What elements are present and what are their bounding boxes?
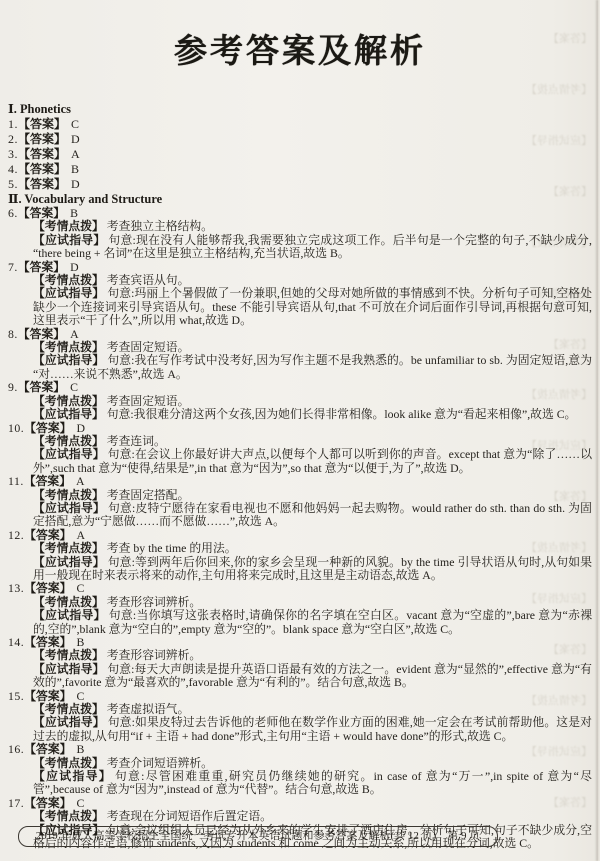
exam-point-label: 【考情点拨】 — [33, 488, 104, 502]
guidance-line: 【应试指导】句意:现在没有人能够帮我,我需要独立完成这项工作。后半句是一个完整的… — [8, 234, 592, 261]
answer-letter: C — [70, 380, 78, 394]
answer-line: 11.【答案】A — [8, 475, 592, 488]
guidance-label: 【应试指导】 — [33, 286, 104, 300]
question-number: 16. — [8, 742, 24, 756]
exam-point-label: 【考情点拨】 — [33, 340, 104, 354]
answer-label: 【答案】 — [18, 147, 66, 161]
guidance-line: 【应试指导】句意:在会议上你最好讲大声点,以便每个人都可以听到你的声音。exce… — [8, 448, 592, 475]
guidance-label: 【应试指导】 — [33, 662, 104, 676]
exam-point-label: 【考情点拨】 — [33, 434, 104, 448]
guidance-label: 【应试指导】 — [33, 608, 106, 622]
exam-point-text: 考查形容词辨析。 — [107, 595, 201, 609]
guidance-label: 【应试指导】 — [33, 501, 105, 515]
exam-point-label: 【考情点拨】 — [33, 541, 104, 555]
question-number: 7. — [8, 260, 18, 274]
question-number: 17. — [8, 796, 24, 810]
answer-letter: D — [71, 132, 80, 146]
answer-line: 2.【答案】D — [8, 132, 592, 147]
exam-point-line: 【考情点拨】考查固定短语。 — [8, 395, 592, 408]
answer-label: 【答案】 — [18, 206, 65, 220]
exam-point-text: 考查固定短语。 — [107, 394, 190, 408]
exam-point-label: 【考情点拨】 — [33, 648, 104, 662]
guidance-line: 【应试指导】句意:尽管困难重重,研究员仍继续她的研究。in case of 意为… — [8, 770, 592, 797]
guidance-line: 【应试指导】句意:等到两年后你回来,你的家乡会呈现一种新的风貌。by the t… — [8, 556, 592, 583]
exam-point-label: 【考情点拨】 — [33, 756, 104, 770]
answer-line: 8.【答案】A — [8, 328, 592, 341]
exam-point-line: 【考情点拨】考查连词。 — [8, 435, 592, 448]
exam-point-text: 考查 by the time 的用法。 — [107, 541, 237, 555]
guidance-label: 【应试指导】 — [33, 407, 104, 421]
exam-point-label: 【考情点拨】 — [33, 273, 104, 287]
answer-letter: C — [76, 581, 84, 595]
question-number: 14. — [8, 635, 24, 649]
exam-point-text: 考查连词。 — [107, 434, 166, 448]
guidance-line: 【应试指导】句意:每天大声朗读是提升英语口语最有效的方法之一。evident 意… — [8, 663, 592, 690]
question-number: 2. — [8, 132, 18, 146]
guidance-line: 【应试指导】句意:皮特宁愿待在家看电视也不愿和他妈妈一起去购物。would ra… — [8, 502, 592, 529]
exam-point-label: 【考情点拨】 — [33, 595, 104, 609]
question-number: 10. — [8, 421, 24, 435]
guidance-line: 【应试指导】句意:如果皮特过去告诉他的老师他在数学作业方面的困难,她一定会在考试… — [8, 716, 592, 743]
answer-letter: A — [76, 474, 85, 488]
exam-point-text: 考查独立主格结构。 — [107, 219, 213, 233]
answer-label: 【答案】 — [24, 796, 71, 810]
guidance-line: 【应试指导】句意:当你填写这张表格时,请确保你的名字填在空白区。vacant 意… — [8, 609, 592, 636]
answer-line: 6.【答案】B — [8, 207, 592, 220]
question-number: 9. — [8, 380, 18, 394]
answer-letter: B — [70, 206, 78, 220]
answer-label: 【答案】 — [18, 327, 65, 341]
footer-text: 2019 年成人高等学校招生全国统一考试专升本英语试题和参考答案及解析(共 12… — [36, 830, 481, 842]
scanned-page: 【答案】【考情点拨】【应试指导】【答案】【考情点拨】【应试指导】【答案】【考情点… — [0, 0, 600, 861]
exam-point-line: 【考情点拨】考查固定搭配。 — [8, 489, 592, 502]
section: Ⅰ. Phonetics1.【答案】C2.【答案】D3.【答案】A4.【答案】B… — [8, 102, 592, 192]
question-block: 5.【答案】D — [8, 177, 592, 192]
guidance-label: 【应试指导】 — [33, 555, 105, 569]
question-block: 13.【答案】C【考情点拨】考查形容词辨析。【应试指导】句意:当你填写这张表格时… — [8, 582, 592, 636]
guidance-text: 句意:等到两年后你回来,你的家乡会呈现一种新的风貌。by the time 引导… — [33, 555, 592, 582]
guidance-label: 【应试指导】 — [33, 447, 105, 461]
answer-letter: D — [71, 177, 80, 191]
question-number: 6. — [8, 206, 18, 220]
guidance-label: 【应试指导】 — [33, 769, 112, 783]
question-block: 9.【答案】C【考情点拨】考查固定短语。【应试指导】句意:我很难分清这两个女孩,… — [8, 381, 592, 421]
answer-letter: C — [76, 796, 84, 810]
guidance-line: 【应试指导】句意:我很难分清这两个女孩,因为她们长得非常相像。look alik… — [8, 408, 592, 421]
answer-label: 【答案】 — [24, 421, 71, 435]
exam-point-label: 【考情点拨】 — [33, 809, 104, 823]
answer-label: 【答案】 — [18, 162, 66, 176]
page-footer: 2019 年成人高等学校招生全国统一考试专升本英语试题和参考答案及解析(共 12… — [18, 826, 498, 847]
answer-letter: D — [70, 260, 79, 274]
exam-point-line: 【考情点拨】考查虚拟语气。 — [8, 703, 592, 716]
question-block: 8.【答案】A【考情点拨】考查固定短语。【应试指导】句意:我在写作考试中没考好,… — [8, 328, 592, 382]
answer-line: 4.【答案】B — [8, 162, 592, 177]
page-title: 参考答案及解析 — [0, 25, 600, 72]
answer-letter: D — [76, 421, 85, 435]
answer-line: 14.【答案】B — [8, 636, 592, 649]
answer-line: 13.【答案】C — [8, 582, 592, 595]
question-block: 15.【答案】C【考情点拨】考查虚拟语气。【应试指导】句意:如果皮特过去告诉他的… — [8, 690, 592, 744]
answer-letter: C — [76, 689, 84, 703]
guidance-line: 【应试指导】句意:玛丽上个暑假做了一份兼职,但她的父母对她所做的事情感到不快。分… — [8, 287, 592, 327]
answer-label: 【答案】 — [24, 528, 71, 542]
answer-label: 【答案】 — [24, 689, 71, 703]
guidance-text: 句意:在会议上你最好讲大声点,以便每个人都可以听到你的声音。except tha… — [33, 447, 592, 474]
answer-line: 3.【答案】A — [8, 147, 592, 162]
answer-label: 【答案】 — [18, 117, 66, 131]
guidance-text: 句意:如果皮特过去告诉他的老师他在数学作业方面的困难,她一定会在考试前帮助他。这… — [33, 715, 592, 742]
answer-letter: A — [76, 528, 85, 542]
exam-point-text: 考查形容词辨析。 — [107, 648, 201, 662]
guidance-label: 【应试指导】 — [33, 353, 104, 367]
question-block: 7.【答案】D【考情点拨】考查宾语从句。【应试指导】句意:玛丽上个暑假做了一份兼… — [8, 261, 592, 328]
question-block: 16.【答案】B【考情点拨】考查介词短语辨析。【应试指导】句意:尽管困难重重,研… — [8, 743, 592, 797]
answer-letter: B — [71, 162, 79, 176]
exam-point-text: 考查宾语从句。 — [107, 273, 190, 287]
exam-point-line: 【考情点拨】考查宾语从句。 — [8, 274, 592, 287]
question-number: 15. — [8, 689, 24, 703]
question-number: 1. — [8, 117, 18, 131]
question-block: 14.【答案】B【考情点拨】考查形容词辨析。【应试指导】句意:每天大声朗读是提升… — [8, 636, 592, 690]
exam-point-label: 【考情点拨】 — [33, 702, 104, 716]
exam-point-line: 【考情点拨】考查固定短语。 — [8, 341, 592, 354]
exam-point-line: 【考情点拨】考查独立主格结构。 — [8, 220, 592, 233]
section: Ⅱ. Vocabulary and Structure6.【答案】B【考情点拨】… — [8, 192, 592, 851]
question-block: 2.【答案】D — [8, 132, 592, 147]
exam-point-line: 【考情点拨】考查形容词辨析。 — [8, 596, 592, 609]
answer-letter: A — [71, 147, 80, 161]
question-number: 4. — [8, 162, 18, 176]
exam-point-line: 【考情点拨】考查介词短语辨析。 — [8, 757, 592, 770]
guidance-text: 句意:皮特宁愿待在家看电视也不愿和他妈妈一起去购物。would rather d… — [33, 501, 592, 528]
answer-label: 【答案】 — [24, 742, 71, 756]
answer-label: 【答案】 — [24, 474, 71, 488]
answer-letter: A — [70, 327, 79, 341]
answer-line: 7.【答案】D — [8, 261, 592, 274]
question-number: 3. — [8, 147, 18, 161]
question-block: 4.【答案】B — [8, 162, 592, 177]
section-heading: Ⅱ. Vocabulary and Structure — [8, 192, 592, 207]
exam-point-label: 【考情点拨】 — [33, 219, 104, 233]
exam-point-line: 【考情点拨】考查 by the time 的用法。 — [8, 542, 592, 555]
answer-line: 9.【答案】C — [8, 381, 592, 394]
answer-line: 12.【答案】A — [8, 529, 592, 542]
section-heading: Ⅰ. Phonetics — [8, 102, 592, 117]
answer-label: 【答案】 — [24, 635, 71, 649]
question-number: 8. — [8, 327, 18, 341]
guidance-label: 【应试指导】 — [33, 233, 105, 247]
question-number: 5. — [8, 177, 18, 191]
question-block: 12.【答案】A【考情点拨】考查 by the time 的用法。【应试指导】句… — [8, 529, 592, 583]
guidance-text: 句意:每天大声朗读是提升英语口语最有效的方法之一。evident 意为“显然的”… — [33, 662, 592, 689]
answer-letter: B — [76, 635, 84, 649]
answer-body: Ⅰ. Phonetics1.【答案】C2.【答案】D3.【答案】A4.【答案】B… — [0, 102, 600, 851]
answer-label: 【答案】 — [18, 177, 66, 191]
exam-point-text: 考查固定搭配。 — [107, 488, 190, 502]
answer-letter: B — [76, 742, 84, 756]
exam-point-line: 【考情点拨】考查形容词辨析。 — [8, 649, 592, 662]
answer-line: 16.【答案】B — [8, 743, 592, 756]
question-block: 3.【答案】A — [8, 147, 592, 162]
question-block: 11.【答案】A【考情点拨】考查固定搭配。【应试指导】句意:皮特宁愿待在家看电视… — [8, 475, 592, 529]
guidance-text: 句意:尽管困难重重,研究员仍继续她的研究。in case of 意为“万一”,i… — [33, 769, 592, 796]
question-block: 6.【答案】B【考情点拨】考查独立主格结构。【应试指导】句意:现在没有人能够帮我… — [8, 207, 592, 261]
question-block: 10.【答案】D【考情点拨】考查连词。【应试指导】句意:在会议上你最好讲大声点,… — [8, 422, 592, 476]
answer-letter: C — [71, 117, 79, 131]
guidance-text: 句意:我很难分清这两个女孩,因为她们长得非常相像。look alike 意为“看… — [107, 407, 577, 421]
answer-line: 17.【答案】C — [8, 797, 592, 810]
question-block: 1.【答案】C — [8, 117, 592, 132]
exam-point-text: 考查虚拟语气。 — [107, 702, 190, 716]
exam-point-text: 考查固定短语。 — [107, 340, 190, 354]
answer-line: 5.【答案】D — [8, 177, 592, 192]
exam-point-text: 考查介词短语辨析。 — [107, 756, 213, 770]
answer-line: 10.【答案】D — [8, 422, 592, 435]
question-number: 13. — [8, 581, 24, 595]
answer-label: 【答案】 — [24, 581, 71, 595]
answer-line: 1.【答案】C — [8, 117, 592, 132]
guidance-label: 【应试指导】 — [33, 715, 105, 729]
guidance-text: 句意:现在没有人能够帮我,我需要独立完成这项工作。后半句是一个完整的句子,不缺少… — [33, 233, 592, 260]
guidance-text: 句意:玛丽上个暑假做了一份兼职,但她的父母对她所做的事情感到不快。分析句子可知,… — [33, 286, 592, 327]
guidance-line: 【应试指导】句意:我在写作考试中没考好,因为写作主题不是我熟悉的。be unfa… — [8, 354, 592, 381]
answer-label: 【答案】 — [18, 132, 66, 146]
exam-point-text: 考查现在分词短语作后置定语。 — [107, 809, 272, 823]
guidance-text: 句意:当你填写这张表格时,请确保你的名字填在空白区。vacant 意为“空虚的”… — [33, 608, 592, 635]
exam-point-line: 【考情点拨】考查现在分词短语作后置定语。 — [8, 810, 592, 823]
answer-label: 【答案】 — [18, 380, 65, 394]
answer-label: 【答案】 — [18, 260, 65, 274]
question-number: 11. — [8, 474, 24, 488]
guidance-text: 句意:我在写作考试中没考好,因为写作主题不是我熟悉的。be unfamiliar… — [33, 353, 592, 380]
exam-point-label: 【考情点拨】 — [33, 394, 104, 408]
answer-line: 15.【答案】C — [8, 690, 592, 703]
question-number: 12. — [8, 528, 24, 542]
